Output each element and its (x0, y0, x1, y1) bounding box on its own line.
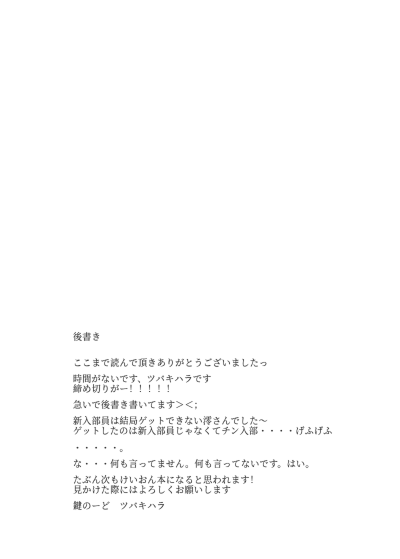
text-line: な・・・何も言ってません。何も言ってないです。はい。 (73, 461, 333, 471)
text-line: 締め切りがー！！！！！ (73, 386, 333, 396)
text-line: 見かけた際にはよろしくお願いします (73, 487, 333, 497)
paragraph: ・・・・・。 (73, 445, 333, 455)
paragraph: 時間がないです、ツバキハラです締め切りがー！！！！！ (73, 376, 333, 396)
afterword-paragraphs: ここまで読んで頂きありがとうございましたっ時間がないです、ツバキハラです締め切り… (73, 360, 333, 513)
paragraph: 急いで後書き書いてます＞＜； (73, 402, 333, 412)
paragraph: 新入部員は結局ゲットできない澪さんでした～ゲットしたのは新入部員じゃなくてチン入… (73, 418, 333, 438)
afterword-signature-paragraph: 鍵のーど ツバキハラ (73, 503, 333, 513)
afterword-page: 後書き ここまで読んで頂きありがとうございましたっ時間がないです、ツバキハラです… (0, 0, 400, 559)
text-line: ・・・・・。 (73, 445, 333, 455)
afterword-heading: 後書き (73, 334, 333, 344)
paragraph: ここまで読んで頂きありがとうございましたっ (73, 360, 333, 370)
afterword-text-block: 後書き ここまで読んで頂きありがとうございましたっ時間がないです、ツバキハラです… (73, 334, 333, 520)
text-line: ここまで読んで頂きありがとうございましたっ (73, 360, 333, 370)
text-line: ゲットしたのは新入部員じゃなくてチン入部・・・・げふげふ (73, 428, 333, 438)
text-line: 鍵のーど ツバキハラ (73, 503, 333, 513)
paragraph: な・・・何も言ってません。何も言ってないです。はい。 (73, 461, 333, 471)
paragraph: たぶん次もけいおん本になると思われます！見かけた際にはよろしくお願いします (73, 477, 333, 497)
text-line: 急いで後書き書いてます＞＜； (73, 402, 333, 412)
